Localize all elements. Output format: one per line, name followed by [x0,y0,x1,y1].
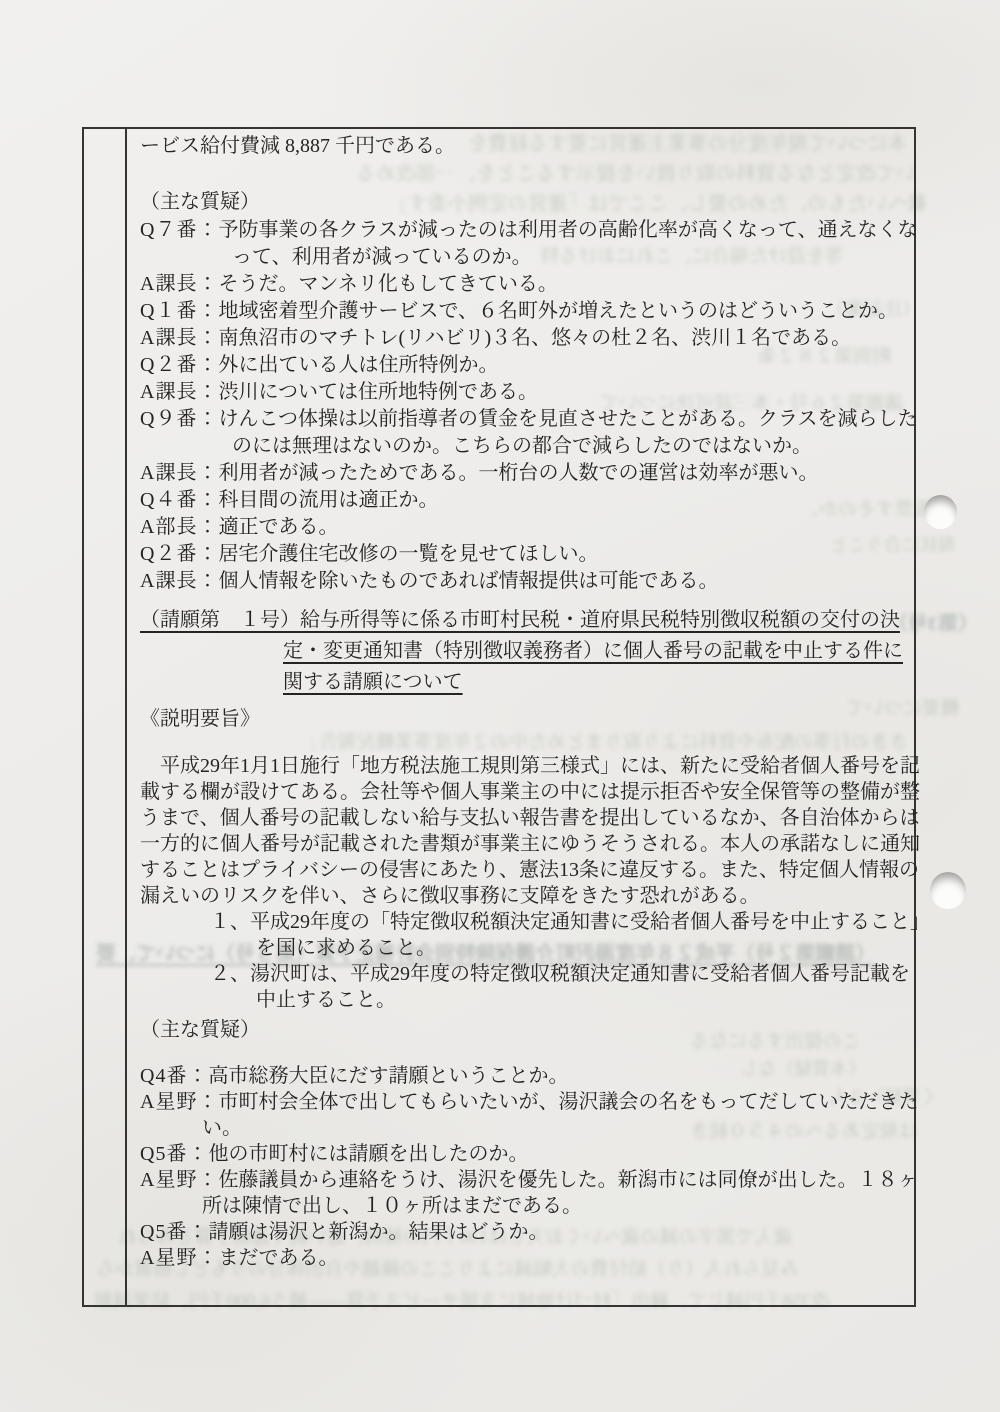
summary-title: 《説明要旨》 [140,706,920,733]
minutes-table-frame: ービス給付費減 8,887 千円である。 （主な質疑） Q７番：予防事業の各クラ… [82,127,916,1307]
qa-section-2-title: （主な質疑） [140,1017,920,1043]
petition-heading: （請願第 １号）給与所得等に係る市町村民税・道府県民税特別徴収税額の交付の決定・… [140,605,920,698]
demand-item: １、平成29年度の「特定徴収税額決定通知書に受給者個人番号を中止すること」を国に… [210,909,920,961]
qa-speaker-label: Q4番： [140,1065,208,1087]
petition-heading-line: （請願第 １号）給与所得等に係る市町村民税・道府県民税特別徴収税額の交付の決 [140,605,920,636]
scanned-minutes-page: 本について現年度分の事業主運営に要する経費をいて改定となる資料の取り扱いを提示す… [0,0,1000,1412]
binder-punch-hole [930,872,966,909]
qa-row: Q７番：予防事業の各クラスが減ったのは利用者の高齢化率が高くなって、通えなくなっ… [140,217,920,271]
qa-row: A課長：渋川については住所地特例である。 [140,379,920,406]
qa-speaker-label: Q９番： [140,408,218,430]
qa-speaker-label: A課長： [140,273,218,295]
summary-paragraph: 平成29年1月1日施行「地方税法施工規則第三様式」には、新たに受給者個人番号を記… [140,753,920,909]
qa-row: Q１番：地域密着型介護サービスで、６名町外が増えたというのはどういうことか。 [140,298,920,325]
qa-speaker-label: A課長： [140,381,218,403]
petition-heading-line: 定・変更通知書（特別徴収義務者）に個人番号の記載を中止する件に [283,636,920,667]
qa-speaker-label: A課長： [140,462,218,484]
qa-section-2: Q4番：高市総務大臣にだす請願ということか。A星野：市町村会全体で出してもらいた… [140,1063,920,1271]
qa-speaker-label: A課長： [140,327,218,349]
qa-speaker-label: Q７番： [140,219,218,241]
qa-row: Q4番：高市総務大臣にだす請願ということか。 [140,1063,920,1089]
qa-row: A課長：個人情報を除いたものであれば情報提供は可能である。 [140,568,920,595]
qa-speaker-label: Q5番： [140,1143,208,1165]
qa-speaker-label: Q5番： [140,1221,208,1243]
qa-row: Q９番：けんこつ体操は以前指導者の賃金を見直させたことがある。クラスを減らしたの… [140,406,920,460]
carryover-sentence: ービス給付費減 8,887 千円である。 [140,131,920,161]
qa-row: A星野：まだである。 [140,1245,920,1271]
qa-row: Q４番：科目間の流用は適正か。 [140,487,920,514]
qa-speaker-label: A部長： [140,516,218,538]
qa-row: A星野：佐藤議員から連絡をうけ、湯沢を優先した。新潟市には同僚が出した。１８ヶ所… [140,1167,920,1219]
qa-row: A課長：そうだ。マンネリ化もしてきている。 [140,271,920,298]
qa-speaker-label: A星野： [140,1091,218,1113]
qa-speaker-label: Q２番： [140,354,218,376]
demand-item: ２、湯沢町は、平成29年度の特定徴収税額決定通知書に受給者個人番号記載を中止する… [210,961,920,1013]
binder-punch-hole [924,495,957,529]
qa-speaker-label: A課長： [140,570,218,592]
qa-section-1-title: （主な質疑） [140,187,920,217]
petition-heading-line: 関する請願について [283,667,920,698]
qa-speaker-label: Q１番： [140,300,218,322]
qa-row: Q5番：請願は湯沢と新潟か。結果はどうか。 [140,1219,920,1245]
qa-row: A課長：南魚沼市のマチトレ(リハビリ)３名、悠々の杜２名、渋川１名である。 [140,325,920,352]
qa-speaker-label: Q４番： [140,489,218,511]
qa-speaker-label: Q２番： [140,543,218,565]
qa-speaker-label: A星野： [140,1247,218,1269]
qa-section-1: Q７番：予防事業の各クラスが減ったのは利用者の高齢化率が高くなって、通えなくなっ… [140,217,920,595]
qa-row: A部長：適正である。 [140,514,920,541]
qa-row: Q２番：居宅介護住宅改修の一覧を見せてほしい。 [140,541,920,568]
qa-row: A星野：市町村会全体で出してもらいたいが、湯沢議会の名をもってだしていただきたい… [140,1089,920,1141]
petition-demands-list: １、平成29年度の「特定徴収税額決定通知書に受給者個人番号を中止すること」を国に… [210,909,920,1013]
qa-row: Q２番：外に出ている人は住所特例か。 [140,352,920,379]
qa-row: A課長：利用者が減ったためである。一桁台の人数での運営は効率が悪い。 [140,460,920,487]
qa-row: Q5番：他の市町村には請願を出したのか。 [140,1141,920,1167]
minutes-body-cell: ービス給付費減 8,887 千円である。 （主な質疑） Q７番：予防事業の各クラ… [140,131,920,1271]
qa-speaker-label: A星野： [140,1169,218,1191]
table-left-column-rule [125,129,127,1305]
